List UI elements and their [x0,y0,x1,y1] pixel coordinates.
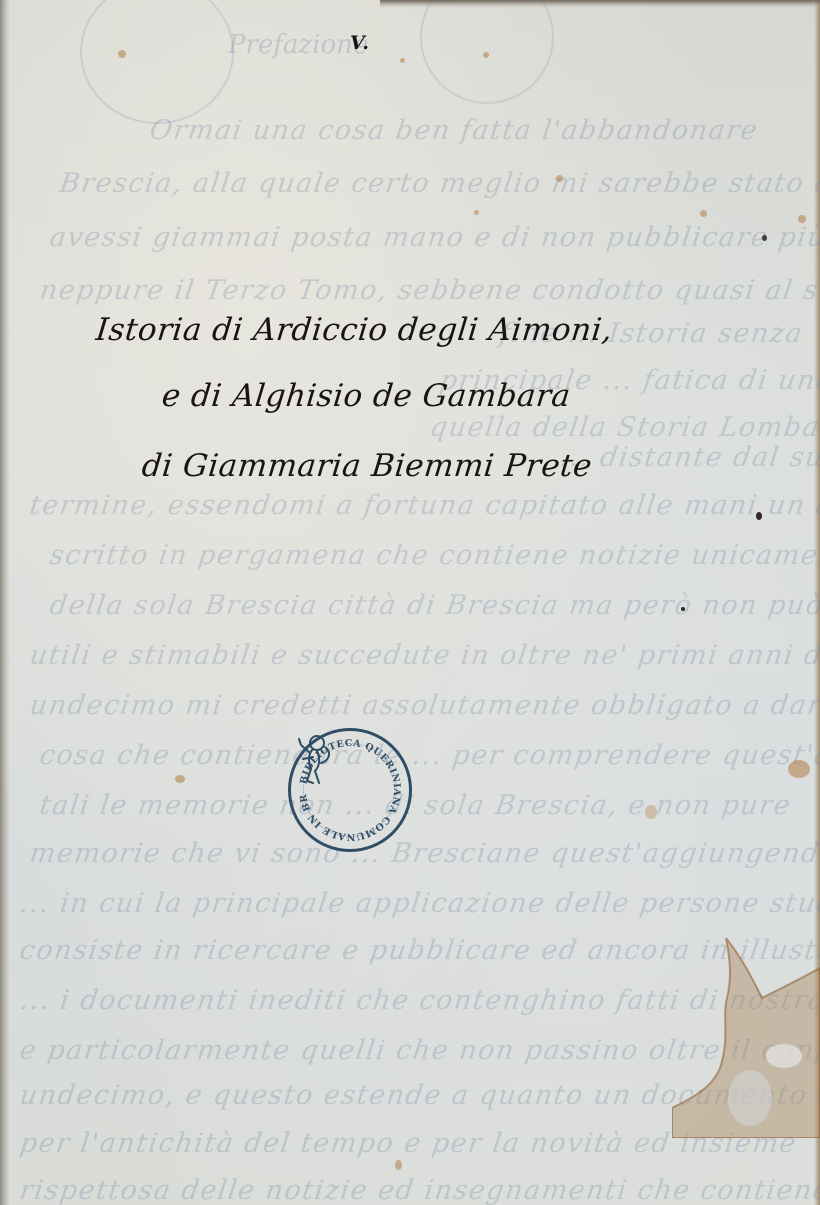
foxing-spot [756,512,762,520]
title-line-2: e di Alghisio de Gambara [160,378,572,414]
ghost-stamp-left [80,0,234,124]
bleed-through-line: neppure il Terzo Tomo, sebbene condotto … [38,275,820,306]
bleed-through-line: Ormai una cosa ben fatta l'abbandonare [148,115,820,146]
rampant-lion-icon [291,731,335,791]
bleed-through-line: scritto in pergamena che contiene notizi… [48,540,820,571]
foxing-spot [474,210,479,215]
foxing-spot [118,50,126,58]
water-stain [672,938,820,1138]
title-line-1: Istoria di Ardiccio degli Aimoni, [94,312,614,348]
bleed-through-line: memorie che vi sono ... Bresciane quest'… [28,838,820,869]
bleed-through-line: avessi giammai posta mano e di non pubbl… [48,222,820,253]
page-number: V. [350,32,370,54]
bleed-through-line: ... distante dal suo [558,442,820,473]
manuscript-page: Prefazione Ormai una cosa ben fatta l'ab… [0,0,820,1205]
foxing-spot [556,175,563,182]
bleed-through-line: tali le memorie non ... di sola Brescia,… [38,790,820,821]
foxing-spot [175,775,185,783]
foxing-spot [788,760,810,778]
foxing-spot [700,210,707,217]
library-stamp: BIBLIOTECA QUERINIANA COMUNALE IN BRESCI… [288,728,412,852]
bleed-through-line: quella della Storia Lombarda ... rimano … [428,412,820,443]
foxing-spot [395,1160,402,1170]
bleed-through-line: undecimo mi credetti assolutamente obbli… [28,690,820,721]
foxing-spot [762,235,767,241]
bleed-through-line: Brescia, alla quale certo meglio mi sare… [58,168,820,199]
bleed-through-line: termine, essendomi a fortuna capitato al… [28,490,820,521]
foxing-spot [645,805,657,819]
foxing-spot [798,215,806,223]
title-line-3: di Giammaria Biemmi Prete [140,448,594,484]
bleed-through-line: cosa che contiene tra le ... per compren… [38,740,820,771]
bleed-through-heading: Prefazione [228,30,368,60]
bleed-through-line: della sola Brescia città di Brescia ma p… [48,590,820,621]
foxing-spot [400,58,405,63]
foxing-spot [483,52,489,58]
bleed-through-line: rispettosa delle notizie ed insegnamenti… [18,1175,820,1205]
bleed-through-line: ... in cui la principale applicazione de… [18,888,820,919]
bleed-through-line: utili e stimabili e succedute in oltre n… [28,640,820,671]
foxing-spot [681,607,685,611]
